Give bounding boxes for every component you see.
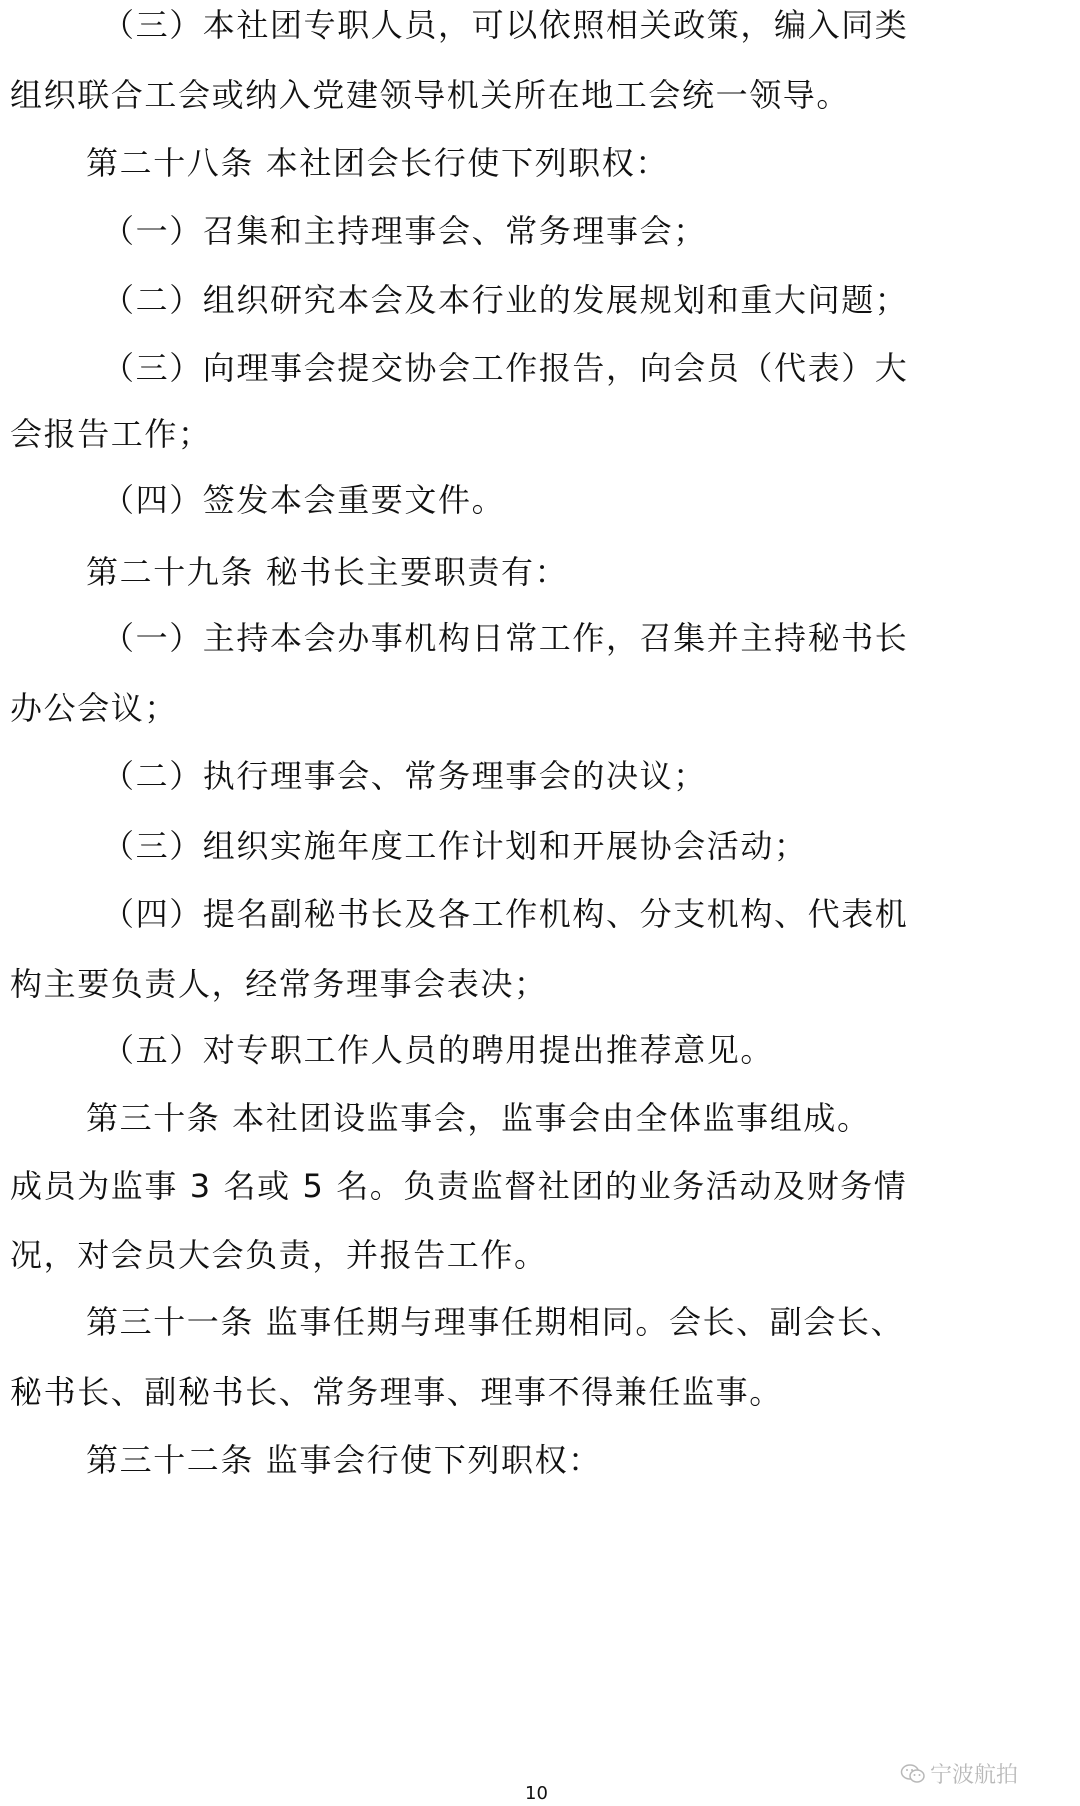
watermark-text: 宁波航拍 [930,1758,1018,1789]
paragraph-line: （二）执行理事会、常务理事会的决议； [102,756,707,796]
paragraph-line: （五）对专职工作人员的聘用提出推荐意见。 [102,1030,774,1070]
paragraph-line: 况，对会员大会负责，并报告工作。 [10,1235,548,1275]
page-number: 10 [525,1783,548,1804]
article-heading: 第三十条 本社团设监事会，监事会由全体监事组成。 [86,1098,871,1138]
paragraph-line: （三）本社团专职人员，可以依照相关政策，编入同类 [102,5,908,45]
paragraph-line: （四）提名副秘书长及各工作机构、分支机构、代表机 [102,894,908,934]
article-heading: 第二十八条 本社团会长行使下列职权： [86,143,669,183]
paragraph-line: （一）主持本会办事机构日常工作，召集并主持秘书长 [102,618,908,658]
paragraph-line: （三）向理事会提交协会工作报告，向会员（代表）大 [102,348,908,388]
paragraph-line: 秘书长、副秘书长、常务理事、理事不得兼任监事。 [10,1372,783,1412]
paragraph-line: 办公会议； [10,688,178,728]
paragraph-line: （三）组织实施年度工作计划和开展协会活动； [102,826,808,866]
article-heading: 第二十九条 秘书长主要职责有： [86,552,568,592]
paragraph-line: 组织联合工会或纳入党建领导机关所在地工会统一领导。 [10,75,850,115]
paragraph-line: （一）召集和主持理事会、常务理事会； [102,211,707,251]
wechat-icon [900,1763,926,1785]
paragraph-line: 会报告工作； [10,414,212,454]
article-heading: 第三十二条 监事会行使下列职权： [86,1440,602,1480]
article-heading: 第三十一条 监事任期与理事任期相同。会长、副会长、 [86,1302,904,1342]
paragraph-line: （四）签发本会重要文件。 [102,480,505,520]
paragraph-line: 构主要负责人，经常务理事会表决； [10,964,548,1004]
paragraph-line: 成员为监事 3 名或 5 名。负责监督社团的业务活动及财务情 [10,1166,907,1206]
paragraph-line: （二）组织研究本会及本行业的发展规划和重大问题； [102,280,908,320]
watermark: 宁波航拍 [900,1758,1018,1789]
